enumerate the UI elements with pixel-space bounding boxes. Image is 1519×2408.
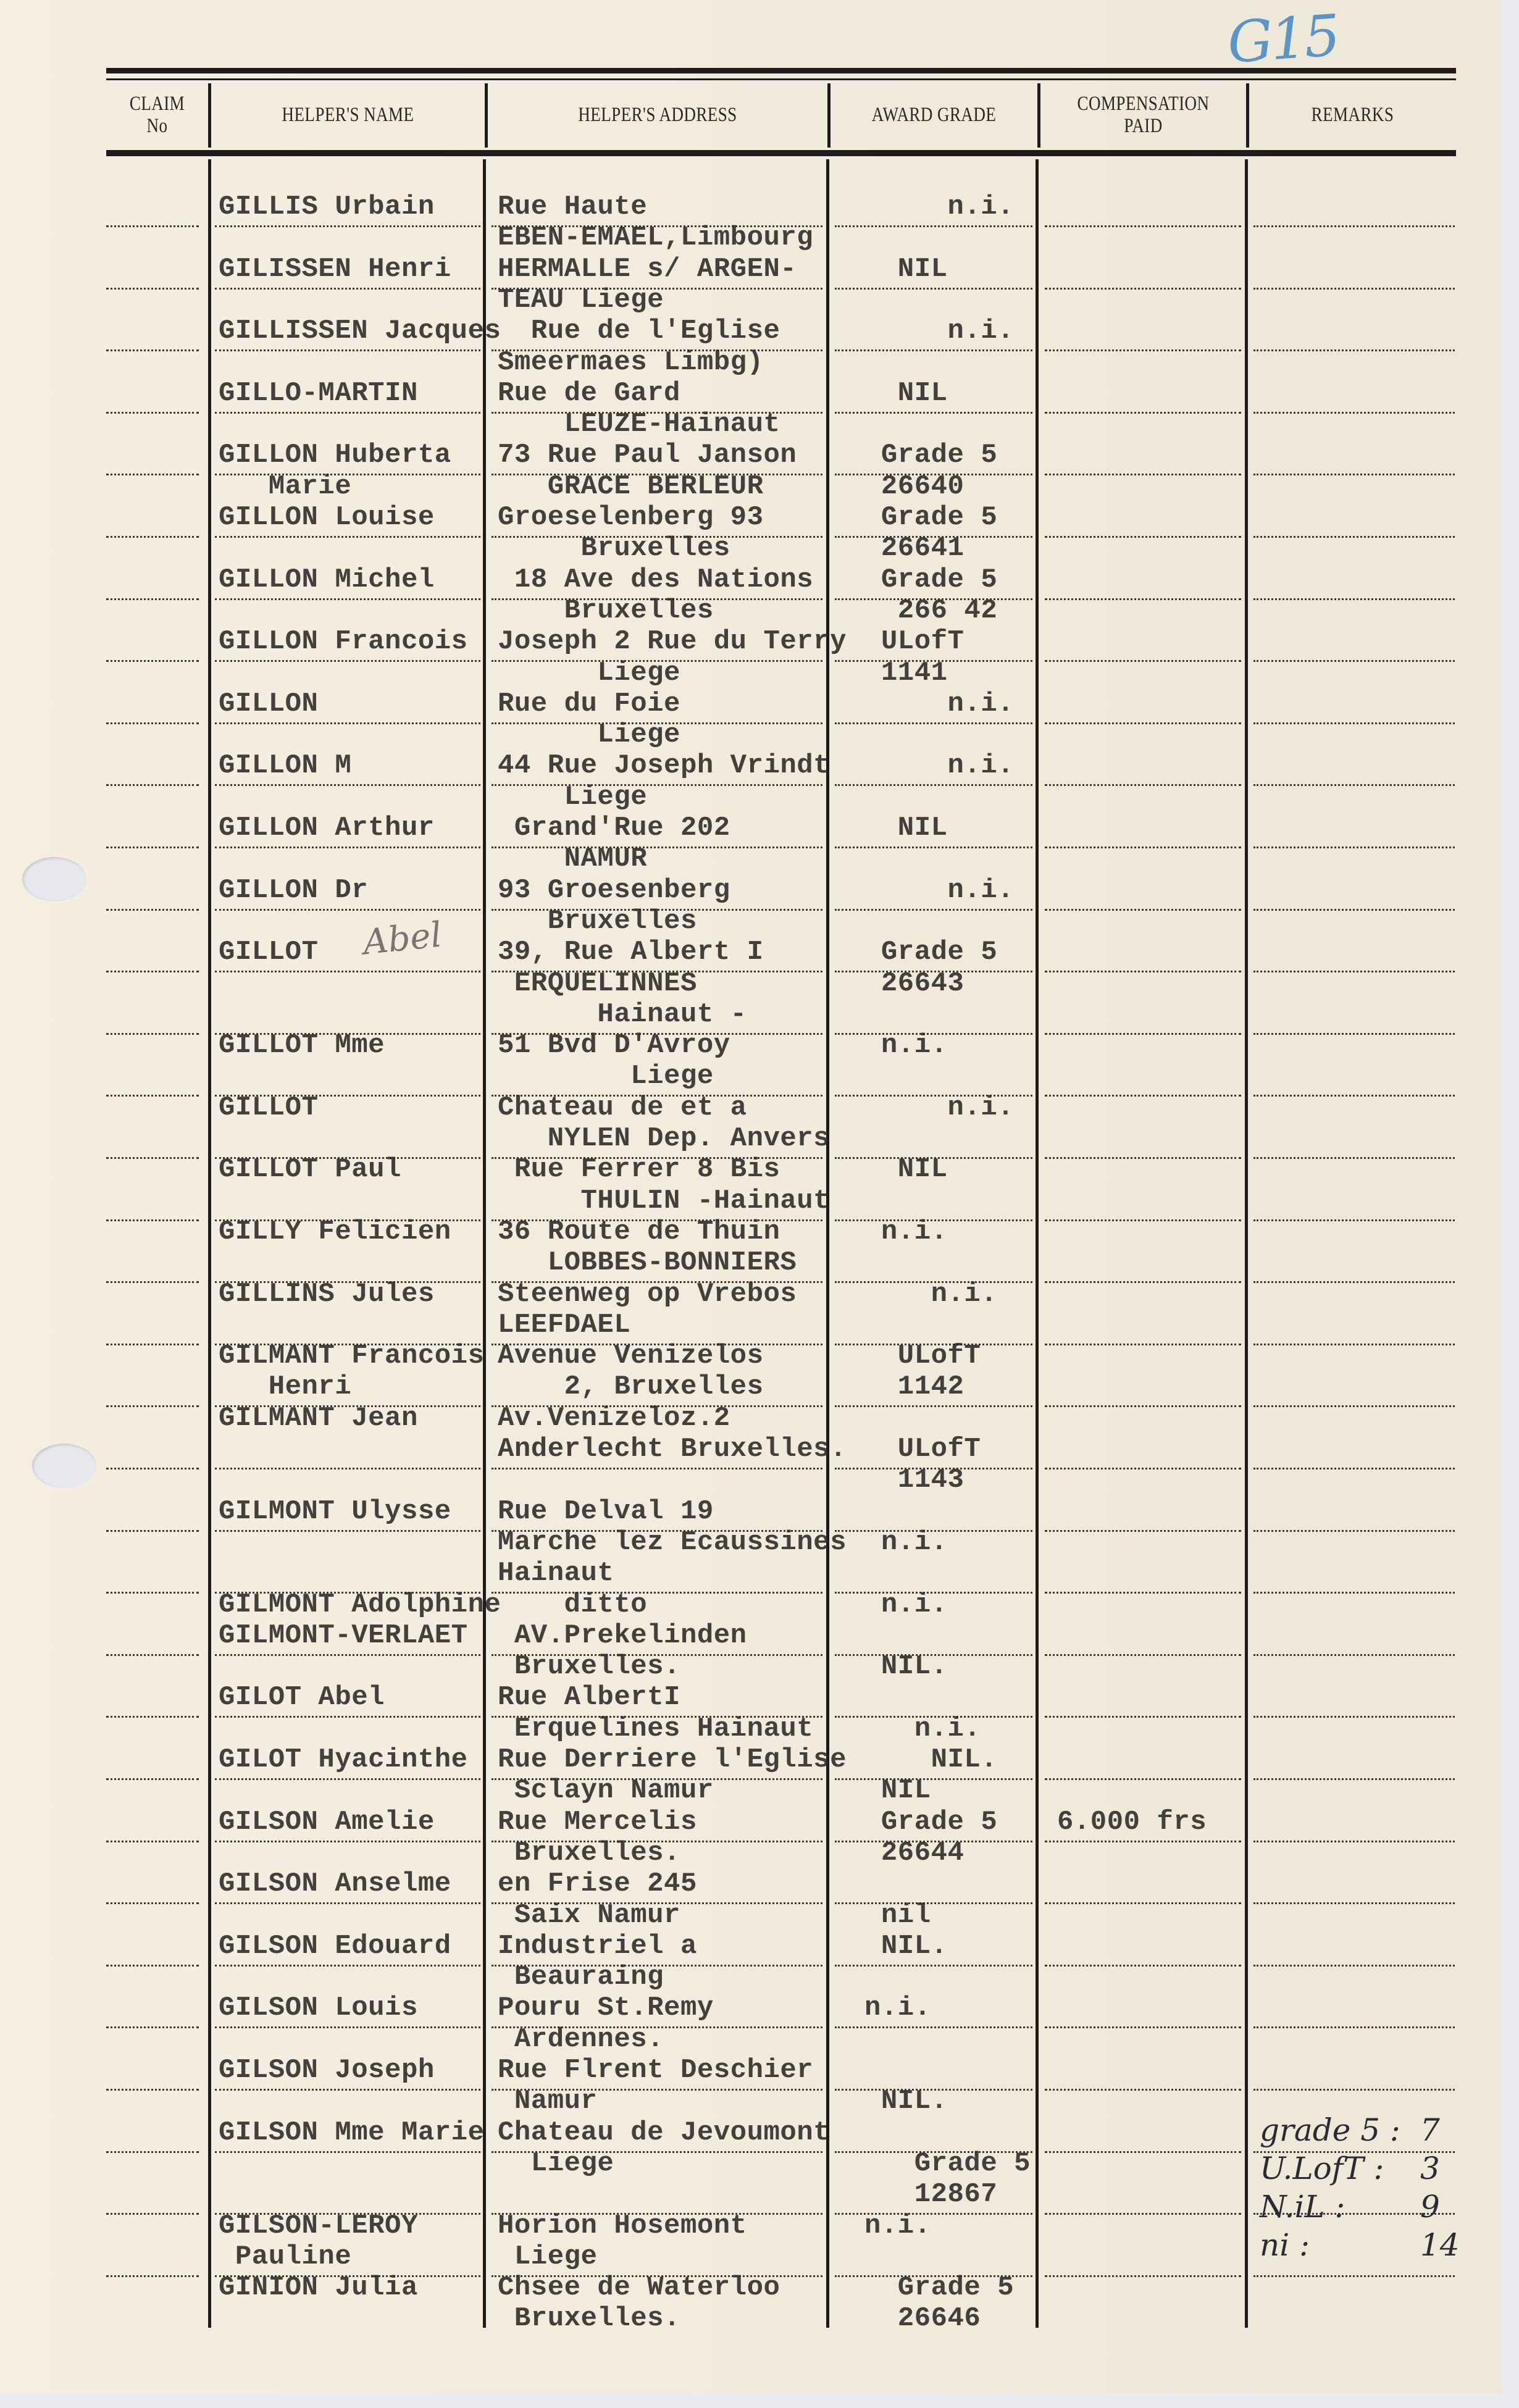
row-rule [1253, 1902, 1455, 1904]
punch-hole-bottom [32, 1444, 96, 1488]
row-rule [1253, 1468, 1455, 1469]
helper-address: Bruxelles [498, 595, 714, 626]
row-rule [106, 1157, 199, 1159]
row-rule [835, 1405, 1032, 1407]
award-grade: Grade 5 [864, 440, 997, 470]
row-rule [215, 722, 480, 724]
award-grade: 1143 [864, 1465, 964, 1495]
row-rule [215, 2151, 480, 2153]
column-header-helper-address: HELPER'S ADDRESS [519, 104, 797, 126]
row-rule [1045, 2151, 1241, 2153]
helper-address: Rue AlbertI [498, 1682, 680, 1713]
row-rule [1045, 1095, 1241, 1097]
row-rule [215, 971, 480, 972]
award-grade: n.i. [864, 1279, 997, 1310]
helper-address: 36 Route de Thuin [498, 1216, 780, 1247]
row-rule [106, 660, 199, 662]
helper-address: NYLEN Dep. Anvers [498, 1123, 830, 1154]
header-divider [1246, 83, 1249, 148]
header-divider [208, 83, 211, 148]
award-grade: n.i. [864, 1092, 1014, 1123]
award-grade: NIL. [864, 2086, 948, 2117]
award-grade: n.i. [864, 316, 1014, 346]
row-rule [1045, 1344, 1241, 1345]
helper-address: Ardennes. [498, 2024, 664, 2055]
row-rule [835, 722, 1032, 724]
pencil-annotation: Abel [361, 915, 443, 963]
helper-name: GILOT Abel [219, 1682, 385, 1713]
row-rule [1253, 1281, 1455, 1283]
helper-name: GILLON Francois [219, 626, 468, 657]
row-rule [835, 1965, 1032, 1967]
row-rule [215, 2089, 480, 2091]
row-rule [1045, 784, 1241, 786]
row-rule [1253, 1965, 1455, 1967]
award-grade: NIL. [864, 1931, 948, 1962]
row-rule [1045, 909, 1241, 911]
row-rule [1253, 1219, 1455, 1221]
award-grade: 266 42 [864, 595, 997, 626]
helper-name: GILSON Amelie [219, 1807, 435, 1837]
award-grade: NIL. [864, 1744, 997, 1775]
helper-name: GILSON Anselme [219, 1868, 451, 1899]
page-reference: G15 [1225, 2, 1340, 76]
column-divider-compensation [1036, 159, 1039, 2328]
helper-address: 93 Groesenberg [498, 875, 730, 906]
row-rule [835, 847, 1032, 848]
row-rule [106, 349, 199, 351]
helper-address: Liege [498, 2148, 614, 2179]
row-rule [1253, 1033, 1455, 1035]
tally-label: U.LofT : [1260, 2150, 1384, 2187]
row-rule [1253, 474, 1455, 475]
helper-name: GILLON Louise [219, 502, 435, 533]
row-rule [1253, 660, 1455, 662]
helper-address: Groeselenberg 93 [498, 502, 763, 533]
header-bottom-rule [106, 150, 1456, 156]
row-rule [106, 1344, 199, 1345]
helper-name: GILMONT Adolphine [219, 1589, 501, 1620]
row-rule [835, 412, 1032, 414]
column-header-compensation-paid: COMPENSATION PAID [1059, 93, 1228, 137]
row-rule [106, 225, 199, 227]
helper-address: Sclayn Namur [498, 1775, 714, 1806]
helper-address: ERQUELINNES [498, 968, 697, 999]
helper-name: GILLOT Mme [219, 1030, 385, 1061]
row-rule [1045, 1157, 1241, 1159]
row-rule [106, 1654, 199, 1656]
row-rule [835, 909, 1032, 911]
row-rule [1045, 288, 1241, 290]
award-grade: Grade 5 [864, 2272, 1014, 2303]
helper-address: Chateau de et a [498, 1092, 747, 1123]
helper-address: Chateau de Jevoumont [498, 2117, 830, 2148]
helper-address: Grand'Rue 202 [498, 813, 730, 843]
row-rule [215, 225, 480, 227]
row-rule [106, 2089, 199, 2091]
helper-address: Rue du Foie [498, 688, 680, 719]
row-rule [1045, 225, 1241, 227]
row-rule [1253, 2275, 1455, 2277]
row-rule [215, 536, 480, 538]
row-rule [215, 2026, 480, 2028]
helper-name: GILLINS Jules [219, 1279, 435, 1310]
helper-address: TEAU Liege [498, 285, 664, 316]
helper-name: GILSON-LEROY [219, 2210, 418, 2241]
helper-address: Namur [498, 2086, 597, 2117]
award-grade: ULofT [864, 1434, 981, 1465]
row-rule [106, 2213, 199, 2215]
award-grade: n.i. [864, 875, 1014, 906]
helper-name: GILSON Edouard [219, 1931, 451, 1962]
helper-name: GILLON Huberta [219, 440, 451, 470]
row-rule [215, 1654, 480, 1656]
helper-address: 2, Bruxelles [498, 1371, 763, 1402]
award-grade: n.i. [864, 1589, 948, 1620]
helper-address: Pouru St.Remy [498, 1992, 714, 2023]
row-rule [1045, 1902, 1241, 1904]
column-divider-award [826, 159, 829, 2328]
helper-address: 39, Rue Albert I [498, 937, 763, 968]
row-rule [1253, 1841, 1455, 1842]
row-rule [1045, 1841, 1241, 1842]
helper-address: Liege [498, 719, 680, 750]
header-divider [1037, 83, 1040, 148]
row-rule [1045, 598, 1241, 600]
helper-name: GILLOT [219, 1092, 318, 1123]
row-rule [215, 412, 480, 414]
award-grade: 26641 [864, 533, 964, 564]
row-rule [1253, 225, 1455, 227]
row-rule [1253, 2089, 1455, 2091]
column-header-helper-name: HELPER'S NAME [236, 104, 460, 126]
row-rule [835, 225, 1032, 227]
helper-address: Horion Hosemont [498, 2210, 747, 2241]
award-grade: nil [864, 1900, 931, 1931]
award-grade: n.i. [864, 1992, 931, 2023]
award-grade: ULofT [864, 1340, 981, 1371]
row-rule [106, 847, 199, 848]
row-rule [1253, 349, 1455, 351]
column-header-claim-no: CLAIM No [115, 93, 199, 137]
helper-name: GILLOT Paul [219, 1154, 401, 1185]
row-rule [215, 288, 480, 290]
row-rule [1253, 536, 1455, 538]
award-grade: n.i. [864, 688, 1014, 719]
helper-address: Bruxelles [498, 533, 730, 564]
award-grade: 26640 [864, 471, 964, 502]
row-rule [106, 412, 199, 414]
row-rule [106, 598, 199, 600]
tally-value: 14 [1420, 2226, 1460, 2264]
helper-address: LEUZE-Hainaut [498, 409, 780, 440]
helper-name: GILLO-MARTIN [219, 378, 418, 409]
row-rule [835, 784, 1032, 786]
row-rule [106, 1841, 199, 1842]
row-rule [1045, 1033, 1241, 1035]
award-grade: 26643 [864, 968, 964, 999]
row-rule [1253, 1157, 1455, 1159]
punch-hole-top [22, 857, 86, 901]
row-rule [106, 288, 199, 290]
helper-name: GILLON Arthur [219, 813, 435, 843]
row-rule [1253, 1344, 1455, 1345]
column-divider-name [208, 159, 211, 2328]
helper-address: LOBBES-BONNIERS [498, 1247, 797, 1278]
helper-address: Chsee de Waterloo [498, 2272, 780, 2303]
helper-address: Anderlecht Bruxelles. [498, 1434, 847, 1465]
helper-address: EBEN-EMAEL,Limbourg [498, 222, 813, 253]
helper-address: 73 Rue Paul Janson [498, 440, 797, 470]
row-rule [106, 2026, 199, 2028]
row-rule [1045, 2026, 1241, 2028]
row-rule [1253, 909, 1455, 911]
award-grade: 26646 [864, 2303, 981, 2334]
helper-address: Bruxelles. [498, 1837, 680, 1868]
helper-name: GILMONT Ulysse [219, 1496, 451, 1527]
helper-address: Hainaut [498, 1558, 614, 1589]
helper-address: Bruxelles. [498, 1651, 680, 1682]
award-grade: NIL [864, 254, 948, 285]
row-rule [106, 1902, 199, 1904]
helper-name: GILSON Louis [219, 1992, 418, 2023]
helper-address: AV.Prekelinden [498, 1620, 747, 1651]
award-grade: 12867 [864, 2179, 997, 2210]
row-rule [106, 1716, 199, 1718]
helper-address: Avenue Venizelos [498, 1340, 763, 1371]
row-rule [1045, 2275, 1241, 2277]
column-header-remarks: REMARKS [1268, 104, 1437, 126]
row-rule [215, 598, 480, 600]
helper-address: Smeermaes Limbg) [498, 347, 763, 378]
helper-name: GILLON Michel [219, 564, 435, 595]
row-rule [215, 1965, 480, 1967]
row-rule [215, 1841, 480, 1842]
tally-value: 7 [1420, 2112, 1440, 2149]
award-grade: NIL [864, 813, 948, 843]
row-rule [215, 1716, 480, 1718]
row-rule [215, 847, 480, 848]
row-rule [106, 1530, 199, 1532]
helper-address: Saix Namur [498, 1900, 680, 1931]
row-rule [1253, 1592, 1455, 1594]
helper-address: Liege [498, 1061, 714, 1092]
helper-address: Rue Ferrer 8 Bis [498, 1154, 780, 1185]
row-rule [215, 660, 480, 662]
helper-address: Rue Flrent Deschier [498, 2055, 813, 2086]
row-rule [215, 1468, 480, 1469]
row-rule [1045, 1405, 1241, 1407]
helper-address: Rue Mercelis [498, 1807, 697, 1837]
helper-address: Av.Venizeloz.2 [498, 1403, 730, 1434]
row-rule [1253, 412, 1455, 414]
helper-name: GILLON Dr [219, 875, 368, 906]
row-rule [106, 1405, 199, 1407]
row-rule [106, 1778, 199, 1780]
row-rule [1045, 2089, 1241, 2091]
row-rule [106, 784, 199, 786]
helper-address: Hainaut - [498, 999, 747, 1030]
award-grade: Grade 5 [864, 2148, 1031, 2179]
row-rule [106, 536, 199, 538]
helper-address: Rue Derriere l'Eglise [498, 1744, 847, 1775]
helper-address: Bruxelles [498, 906, 697, 937]
column-divider-address [483, 159, 486, 2328]
row-rule [215, 784, 480, 786]
award-grade: NIL [864, 378, 948, 409]
helper-address: Beauraing [498, 1962, 664, 1992]
header-divider [827, 83, 831, 148]
row-rule [106, 1468, 199, 1469]
row-rule [1253, 598, 1455, 600]
row-rule [1045, 1530, 1241, 1532]
column-divider-remarks [1245, 159, 1248, 2328]
row-rule [1253, 288, 1455, 290]
row-rule [492, 1468, 822, 1469]
award-grade: NIL [864, 1775, 931, 1806]
row-rule [106, 1281, 199, 1283]
helper-name: GILISSEN Henri [219, 254, 451, 285]
row-rule [106, 1965, 199, 1967]
helper-name: Pauline [219, 2241, 351, 2272]
helper-name: GILOT Hyacinthe [219, 1744, 468, 1775]
row-rule [215, 909, 480, 911]
row-rule [1045, 971, 1241, 972]
row-rule [106, 1033, 199, 1035]
row-rule [106, 722, 199, 724]
row-rule [1253, 1095, 1455, 1097]
top-rule-thick [106, 68, 1456, 73]
helper-name: GINION Julia [219, 2272, 418, 2303]
helper-name: GILMANT Jean [219, 1403, 418, 1434]
row-rule [1045, 1468, 1241, 1469]
row-rule [1045, 474, 1241, 475]
helper-address: Liege [498, 658, 680, 688]
award-grade: n.i. [864, 2210, 931, 2241]
award-grade: Grade 5 [864, 1807, 997, 1837]
award-grade: 1141 [864, 658, 948, 688]
row-rule [106, 1219, 199, 1221]
row-rule [1253, 1778, 1455, 1780]
helper-address: ditto [498, 1589, 647, 1620]
tally-label: N.iL : [1260, 2188, 1345, 2225]
award-grade: n.i. [864, 191, 1014, 222]
award-grade: 26644 [864, 1837, 964, 1868]
helper-address: Liege [498, 2241, 597, 2272]
helper-address: Liege [498, 782, 647, 813]
row-rule [835, 288, 1032, 290]
helper-name: GILLISSEN Jacques [219, 316, 501, 346]
award-grade: n.i. [864, 1713, 981, 1744]
helper-address: Rue Haute [498, 191, 647, 222]
row-rule [106, 2275, 199, 2277]
row-rule [1253, 1405, 1455, 1407]
award-grade: n.i. [864, 1030, 948, 1061]
row-rule [106, 971, 199, 972]
helper-address: LEEFDAEL [498, 1310, 630, 1340]
top-rule-thin [106, 78, 1456, 80]
helper-address: 51 Bvd D'Avroy [498, 1030, 730, 1061]
helper-address: Rue de Gard [498, 378, 680, 409]
helper-address: GRACE BERLEUR [498, 471, 763, 502]
row-rule [1253, 1654, 1455, 1656]
row-rule [215, 1902, 480, 1904]
row-rule [106, 1592, 199, 1594]
helper-name: GILLIS Urbain [219, 191, 435, 222]
row-rule [1045, 847, 1241, 848]
tally-label: grade 5 : [1260, 2112, 1400, 2149]
helper-address: Erquelines Hainaut [498, 1713, 813, 1744]
award-grade: 1142 [864, 1371, 964, 1402]
row-rule [1045, 412, 1241, 414]
helper-address: Rue de l'Eglise [498, 316, 780, 346]
award-grade: ULofT [864, 626, 964, 657]
helper-address: NAMUR [498, 843, 647, 874]
header-divider [485, 83, 488, 148]
helper-address: 18 Ave des Nations [498, 564, 813, 595]
helper-address: Steenweg op Vrebos [498, 1279, 797, 1310]
row-rule [1045, 1654, 1241, 1656]
helper-address: en Frise 245 [498, 1868, 697, 1899]
row-rule [1045, 2213, 1241, 2215]
helper-address: HERMALLE s/ ARGEN- [498, 254, 797, 285]
helper-address: 44 Rue Joseph Vrindt [498, 750, 830, 781]
row-rule [1045, 1778, 1241, 1780]
tally-value: 3 [1420, 2150, 1440, 2187]
row-rule [1045, 1281, 1241, 1283]
row-rule [1253, 1716, 1455, 1718]
helper-name: GILSON Mme Marie [219, 2117, 484, 2148]
row-rule [1253, 784, 1455, 786]
row-rule [215, 349, 480, 351]
helper-name: Marie [219, 471, 351, 502]
helper-address: Joseph 2 Rue du Terry [498, 626, 847, 657]
row-rule [1045, 1965, 1241, 1967]
row-rule [215, 1778, 480, 1780]
tally-label: ni : [1260, 2226, 1310, 2264]
row-rule [835, 2026, 1032, 2028]
row-rule [1253, 847, 1455, 848]
row-rule [1253, 2026, 1455, 2028]
row-rule [106, 474, 199, 475]
helper-name: Henri [219, 1371, 351, 1402]
row-rule [1253, 971, 1455, 972]
award-grade: Grade 5 [864, 564, 997, 595]
row-rule [1045, 349, 1241, 351]
row-rule [106, 1095, 199, 1097]
row-rule [1253, 1530, 1455, 1532]
helper-name: GILSON Joseph [219, 2055, 435, 2086]
award-grade: n.i. [864, 750, 1014, 781]
compensation-paid: 6.000 frs [1057, 1807, 1207, 1837]
column-header-award-grade: AWARD GRADE [849, 104, 1019, 126]
helper-name: GILLY Felicien [219, 1216, 451, 1247]
row-rule [1045, 660, 1241, 662]
row-rule [835, 349, 1032, 351]
tally-value: 9 [1420, 2188, 1440, 2225]
helper-name: GILLON [219, 688, 318, 719]
award-grade: NIL. [864, 1651, 948, 1682]
row-rule [1045, 722, 1241, 724]
helper-name: GILMANT Francois [219, 1340, 484, 1371]
helper-address: Bruxelles. [498, 2303, 680, 2334]
award-grade: NIL [864, 1154, 948, 1185]
helper-address: Rue Delval 19 [498, 1496, 714, 1527]
helper-name: GILLON M [219, 750, 351, 781]
helper-name: GILMONT-VERLAET [219, 1620, 468, 1651]
helper-address: Industriel a [498, 1931, 697, 1962]
row-rule [215, 1530, 480, 1532]
